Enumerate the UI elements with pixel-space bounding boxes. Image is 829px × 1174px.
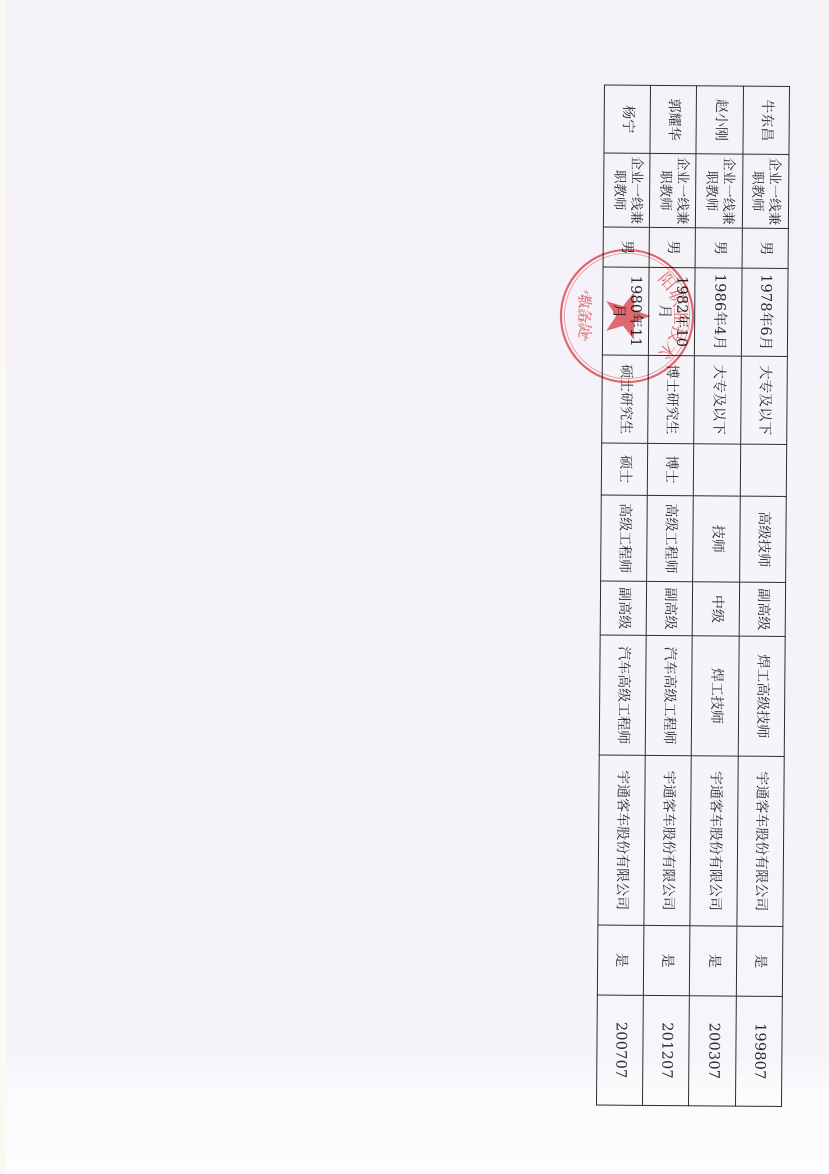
cell-title: 汽车高级工程师 (599, 635, 646, 755)
cell-level: 副高级 (739, 582, 786, 636)
cell-qualification: 高级技师 (739, 496, 786, 582)
svg-text:教务处: 教务处 (576, 294, 593, 339)
staff-table-rotated: 牛东昌企业一线兼职教师男1978年6月大专及以下高级技师副高级焊工高级技师宇通客… (596, 85, 790, 1106)
cell-education: 大专及以下 (740, 356, 787, 444)
cell-degree: 硕士 (601, 443, 648, 495)
cell-degree (740, 444, 787, 496)
cell-date: 201207 (643, 995, 690, 1105)
cell-level: 中级 (693, 582, 740, 636)
cell-level: 副高级 (646, 581, 693, 635)
cell-degree: 博士 (648, 443, 695, 495)
cell-level: 副高级 (600, 581, 647, 635)
cell-employer: 宇通客车股份有限公司 (644, 755, 692, 925)
cell-flag: 是 (736, 926, 783, 996)
cell-flag: 是 (597, 925, 644, 995)
cell-birth: 1978年6月 (741, 268, 788, 356)
cell-gender: 男 (696, 228, 743, 268)
cell-title: 汽车高级工程师 (645, 635, 692, 755)
cell-name: 杨宁 (604, 85, 651, 153)
cell-education: 博士研究生 (648, 355, 695, 443)
svg-text:41150100786: 41150100786 (577, 289, 591, 344)
cell-date: 200307 (689, 996, 736, 1106)
cell-title: 焊工技师 (692, 636, 739, 756)
scanned-page: 牛东昌企业一线兼职教师男1978年6月大专及以下高级技师副高级焊工高级技师宇通客… (0, 0, 829, 1174)
table-row: 郭耀华企业一线兼职教师男1982年10月博士研究生博士高级工程师副高级汽车高级工… (643, 85, 697, 1105)
table-body: 牛东昌企业一线兼职教师男1978年6月大专及以下高级技师副高级焊工高级技师宇通客… (596, 85, 789, 1106)
cell-title: 焊工高级技师 (738, 636, 785, 756)
table-row: 牛东昌企业一线兼职教师男1978年6月大专及以下高级技师副高级焊工高级技师宇通客… (735, 86, 789, 1106)
cell-type: 企业一线兼职教师 (650, 153, 697, 227)
cell-name: 郭耀华 (650, 85, 697, 153)
cell-flag: 是 (644, 925, 691, 995)
table-row: 杨宁企业一线兼职教师男1980年11月硕士研究生硕士高级工程师副高级汽车高级工程… (596, 85, 650, 1105)
cell-education: 硕士研究生 (602, 355, 649, 443)
cell-type: 企业一线兼职教师 (742, 154, 789, 228)
cell-qualification: 高级工程师 (601, 495, 648, 581)
cell-employer: 宇通客车股份有限公司 (598, 755, 646, 925)
cell-education: 大专及以下 (694, 356, 741, 444)
staff-table: 牛东昌企业一线兼职教师男1978年6月大专及以下高级技师副高级焊工高级技师宇通客… (596, 85, 790, 1107)
table-row: 赵小刚企业一线兼职教师男1986年4月大专及以下技师中级焊工技师宇通客车股份有限… (689, 86, 743, 1106)
cell-gender: 男 (742, 228, 789, 268)
cell-name: 牛东昌 (743, 86, 790, 154)
cell-gender: 男 (649, 227, 696, 267)
cell-date: 199807 (735, 996, 782, 1106)
cell-type: 企业一线兼职教师 (603, 153, 650, 227)
cell-qualification: 高级工程师 (647, 495, 694, 581)
cell-employer: 宇通客车股份有限公司 (737, 756, 785, 926)
cell-gender: 男 (603, 227, 650, 267)
cell-birth: 1980年11月 (602, 267, 649, 355)
cell-birth: 1986年4月 (695, 268, 742, 356)
cell-name: 赵小刚 (696, 86, 743, 154)
cell-date: 200707 (596, 995, 643, 1105)
cell-flag: 是 (690, 926, 737, 996)
cell-type: 企业一线兼职教师 (696, 154, 743, 228)
cell-degree (694, 444, 741, 496)
cell-birth: 1982年10月 (649, 267, 696, 355)
cell-qualification: 技师 (693, 496, 740, 582)
cell-employer: 宇通客车股份有限公司 (690, 756, 738, 926)
